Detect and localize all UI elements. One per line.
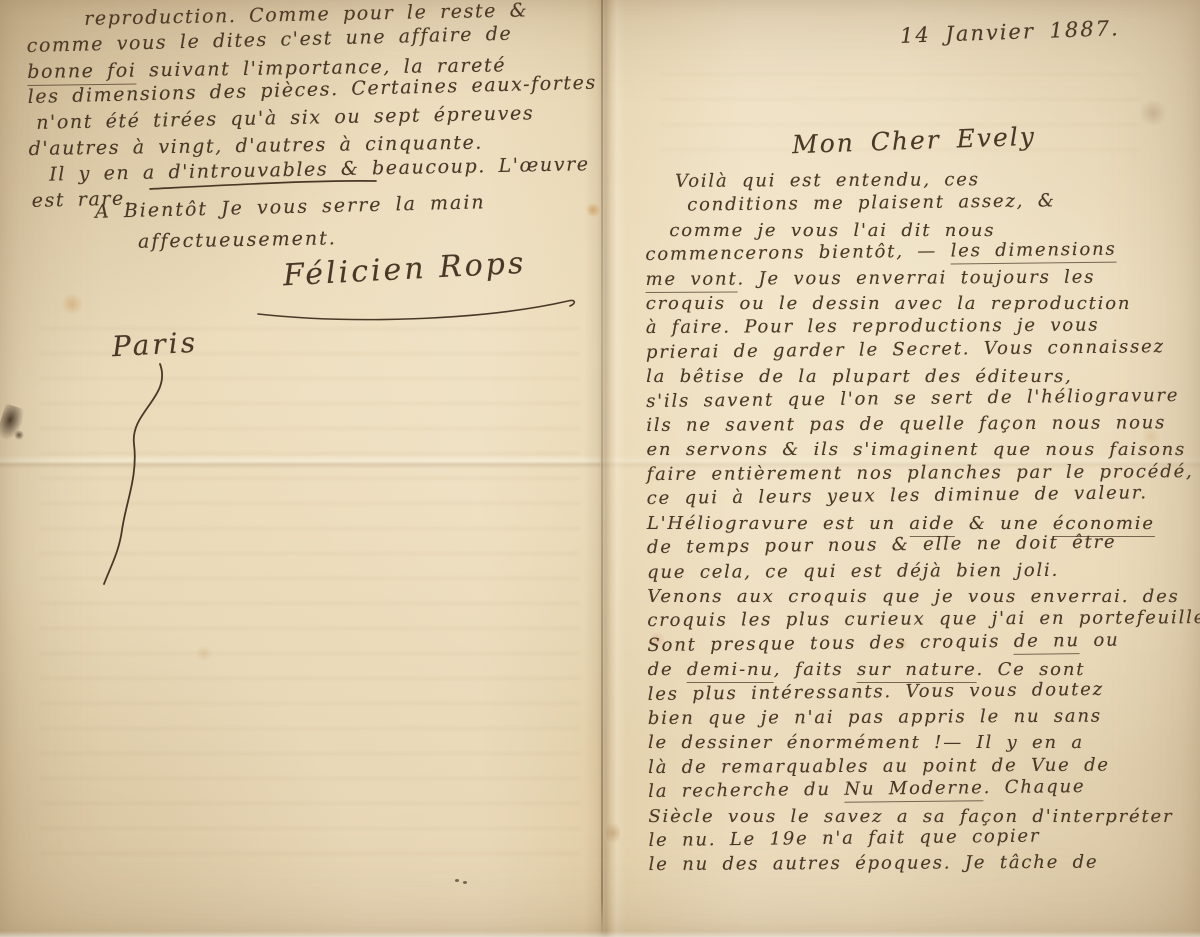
handwritten-line: commencerons bientôt, — les dimensions (645, 237, 1200, 268)
handwritten-line: que cela, ce qui est déjà bien joli. (647, 558, 1200, 585)
handwritten-line: me vont. Je vous enverrai toujours les (646, 265, 1200, 292)
paris-flourish (100, 360, 184, 588)
handwritten-line: ce qui à leurs yeux les diminue de valeu… (647, 481, 1200, 512)
signature: Félicien Rops (282, 246, 527, 294)
handwritten-line: la recherche du Nu Moderne. Chaque (648, 774, 1200, 805)
letter-body: Voilà qui est entendu, cesconditions me … (645, 167, 1200, 878)
closing-line: affectueusement. (138, 227, 337, 252)
place-name: Paris (111, 326, 199, 363)
handwritten-line: Venons aux croquis que je vous enverrai.… (647, 585, 1200, 609)
salutation: Mon Cher Evely (792, 122, 1037, 159)
letter-page-left: reproduction. Comme pour le reste &comme… (0, 0, 600, 937)
letter-page-right: 14 Janvier 1887. Mon Cher Evely Voilà qu… (600, 0, 1200, 937)
handwritten-line: en servons & ils s'imaginent que nous fa… (646, 438, 1200, 462)
pen-stroke (148, 176, 380, 194)
handwritten-line: croquis ou le dessin avec la reproductio… (646, 292, 1200, 316)
photo-bottom-edge (0, 931, 1200, 937)
letter-date: 14 Janvier 1887. (900, 16, 1120, 48)
handwritten-line: ils ne savent pas de quelle façon nous n… (646, 411, 1200, 438)
letter-photograph: reproduction. Comme pour le reste &comme… (0, 0, 1200, 937)
handwritten-line: le nu des autres époques. Je tâche de (649, 850, 1200, 877)
handwritten-line: le dessiner énormément !— Il y en a (648, 731, 1200, 755)
handwritten-line: le nu. Le 19e n'a fait que copier (648, 823, 1200, 854)
handwritten-line: de temps pour nous & elle ne doit être (647, 530, 1200, 561)
handwritten-line: prierai de garder le Secret. Vous connai… (646, 334, 1200, 365)
signature-flourish (252, 290, 584, 328)
handwritten-line: conditions me plaisent assez, & (645, 188, 1200, 219)
handwritten-line: bien que je n'ai pas appris le nu sans (648, 704, 1200, 731)
